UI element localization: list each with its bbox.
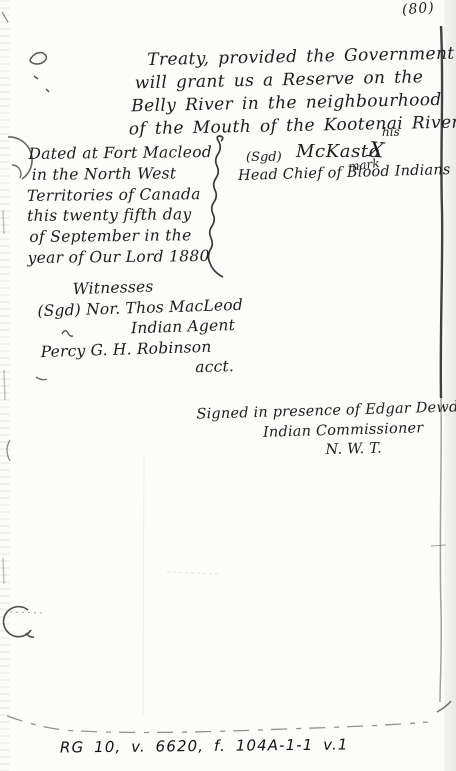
left-edge-scan-noise — [0, 0, 10, 771]
ink-squiggle-mark — [30, 53, 49, 92]
witnesses-block: Witnesses (Sgd) Nor. Thos MacLeod Indian… — [34, 274, 245, 383]
dated-line: year of Our Lord 1880 — [27, 246, 213, 269]
vertical-fold-line — [143, 455, 144, 715]
dated-line: in the North West — [32, 163, 213, 186]
signature-sgd-label: (Sgd) — [246, 150, 282, 165]
horizontal-fold-line — [167, 572, 220, 574]
presence-line: N. W. T. — [325, 437, 456, 460]
dotted-row-mark — [10, 612, 46, 613]
mark-annotation-his: his — [382, 125, 400, 139]
signature-title: Head Chief of Blood Indians — [238, 162, 451, 184]
presence-block: Signed in presence of Edgar Dewd Indian … — [196, 398, 456, 464]
scanned-treaty-document-page: (80) Treaty, provided the Government wil… — [0, 0, 456, 771]
dated-line: this twenty fifth day — [27, 204, 213, 227]
archival-reference: RG 10, v. 6620, f. 104A-1-1 v.1 — [60, 735, 349, 756]
dated-line: Dated at Fort Macleod — [28, 142, 212, 165]
witness2-title: acct. — [195, 356, 245, 378]
dated-line: of September in the — [29, 225, 213, 248]
treaty-note: Treaty, provided the Government will gra… — [123, 42, 456, 141]
bottom-page-edge-line — [7, 716, 428, 732]
punch-hole-inner-arc — [12, 165, 21, 178]
dated-line: Territories of Canada — [27, 184, 213, 207]
dated-block: Dated at Fort Macleod in the North West … — [25, 142, 213, 269]
page-number: (80) — [401, 0, 435, 18]
